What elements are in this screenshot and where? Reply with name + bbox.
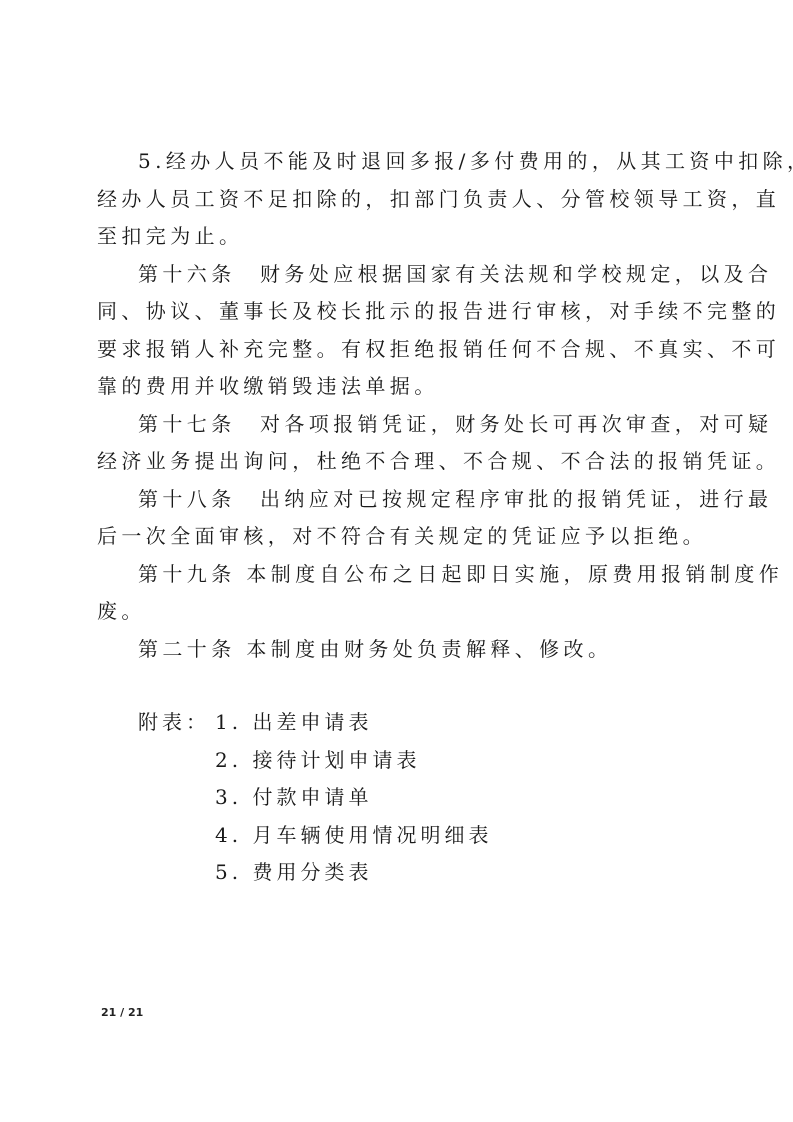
article-18-line: 第十八条 出纳应对已按规定程序审批的报销凭证，进行最	[97, 481, 700, 519]
document-page: 5.经办人员不能及时退回多报/多付费用的，从其工资中扣除， 经办人员工资不足扣除…	[0, 0, 793, 1122]
paragraph-line: 5.经办人员不能及时退回多报/多付费用的，从其工资中扣除，	[97, 143, 700, 181]
appendix-label: 附表：	[138, 704, 215, 742]
article-17-line: 第十七条 对各项报销凭证，财务处长可再次审查，对可疑	[97, 406, 700, 444]
appendix-list: 附表： 1. 出差申请表 2. 接待计划申请表 3. 付款申请单 4. 月车辆使…	[138, 704, 492, 892]
article-19-line: 第十九条 本制度自公布之日起即日实施，原费用报销制度作	[97, 556, 700, 594]
article-20-line: 第二十条 本制度由财务处负责解释、修改。	[97, 631, 700, 669]
appendix-item: 5. 费用分类表	[215, 854, 372, 892]
paragraph-line: 要求报销人补充完整。有权拒绝报销任何不合规、不真实、不可	[97, 331, 700, 369]
appendix-item: 2. 接待计划申请表	[215, 742, 420, 780]
paragraph-line: 经济业务提出询问，杜绝不合理、不合规、不合法的报销凭证。	[97, 443, 700, 481]
article-16-line: 第十六条 财务处应根据国家有关法规和学校规定，以及合	[97, 256, 700, 294]
paragraph-line: 靠的费用并收缴销毁违法单据。	[97, 368, 700, 406]
appendix-item: 3. 付款申请单	[215, 779, 372, 817]
appendix-row: 2. 接待计划申请表	[138, 742, 492, 780]
appendix-row: 5. 费用分类表	[138, 854, 492, 892]
appendix-item: 1. 出差申请表	[215, 704, 372, 742]
document-body: 5.经办人员不能及时退回多报/多付费用的，从其工资中扣除， 经办人员工资不足扣除…	[97, 143, 700, 668]
appendix-row: 附表： 1. 出差申请表	[138, 704, 492, 742]
paragraph-line: 经办人员工资不足扣除的，扣部门负责人、分管校领导工资，直	[97, 181, 700, 219]
paragraph-line: 废。	[97, 593, 700, 631]
paragraph-line: 同、协议、董事长及校长批示的报告进行审核，对手续不完整的	[97, 293, 700, 331]
paragraph-line: 后一次全面审核，对不符合有关规定的凭证应予以拒绝。	[97, 518, 700, 556]
appendix-item: 4. 月车辆使用情况明细表	[215, 817, 492, 855]
paragraph-line: 至扣完为止。	[97, 218, 700, 256]
appendix-row: 4. 月车辆使用情况明细表	[138, 817, 492, 855]
appendix-row: 3. 付款申请单	[138, 779, 492, 817]
page-number: 21 / 21	[101, 1006, 143, 1019]
